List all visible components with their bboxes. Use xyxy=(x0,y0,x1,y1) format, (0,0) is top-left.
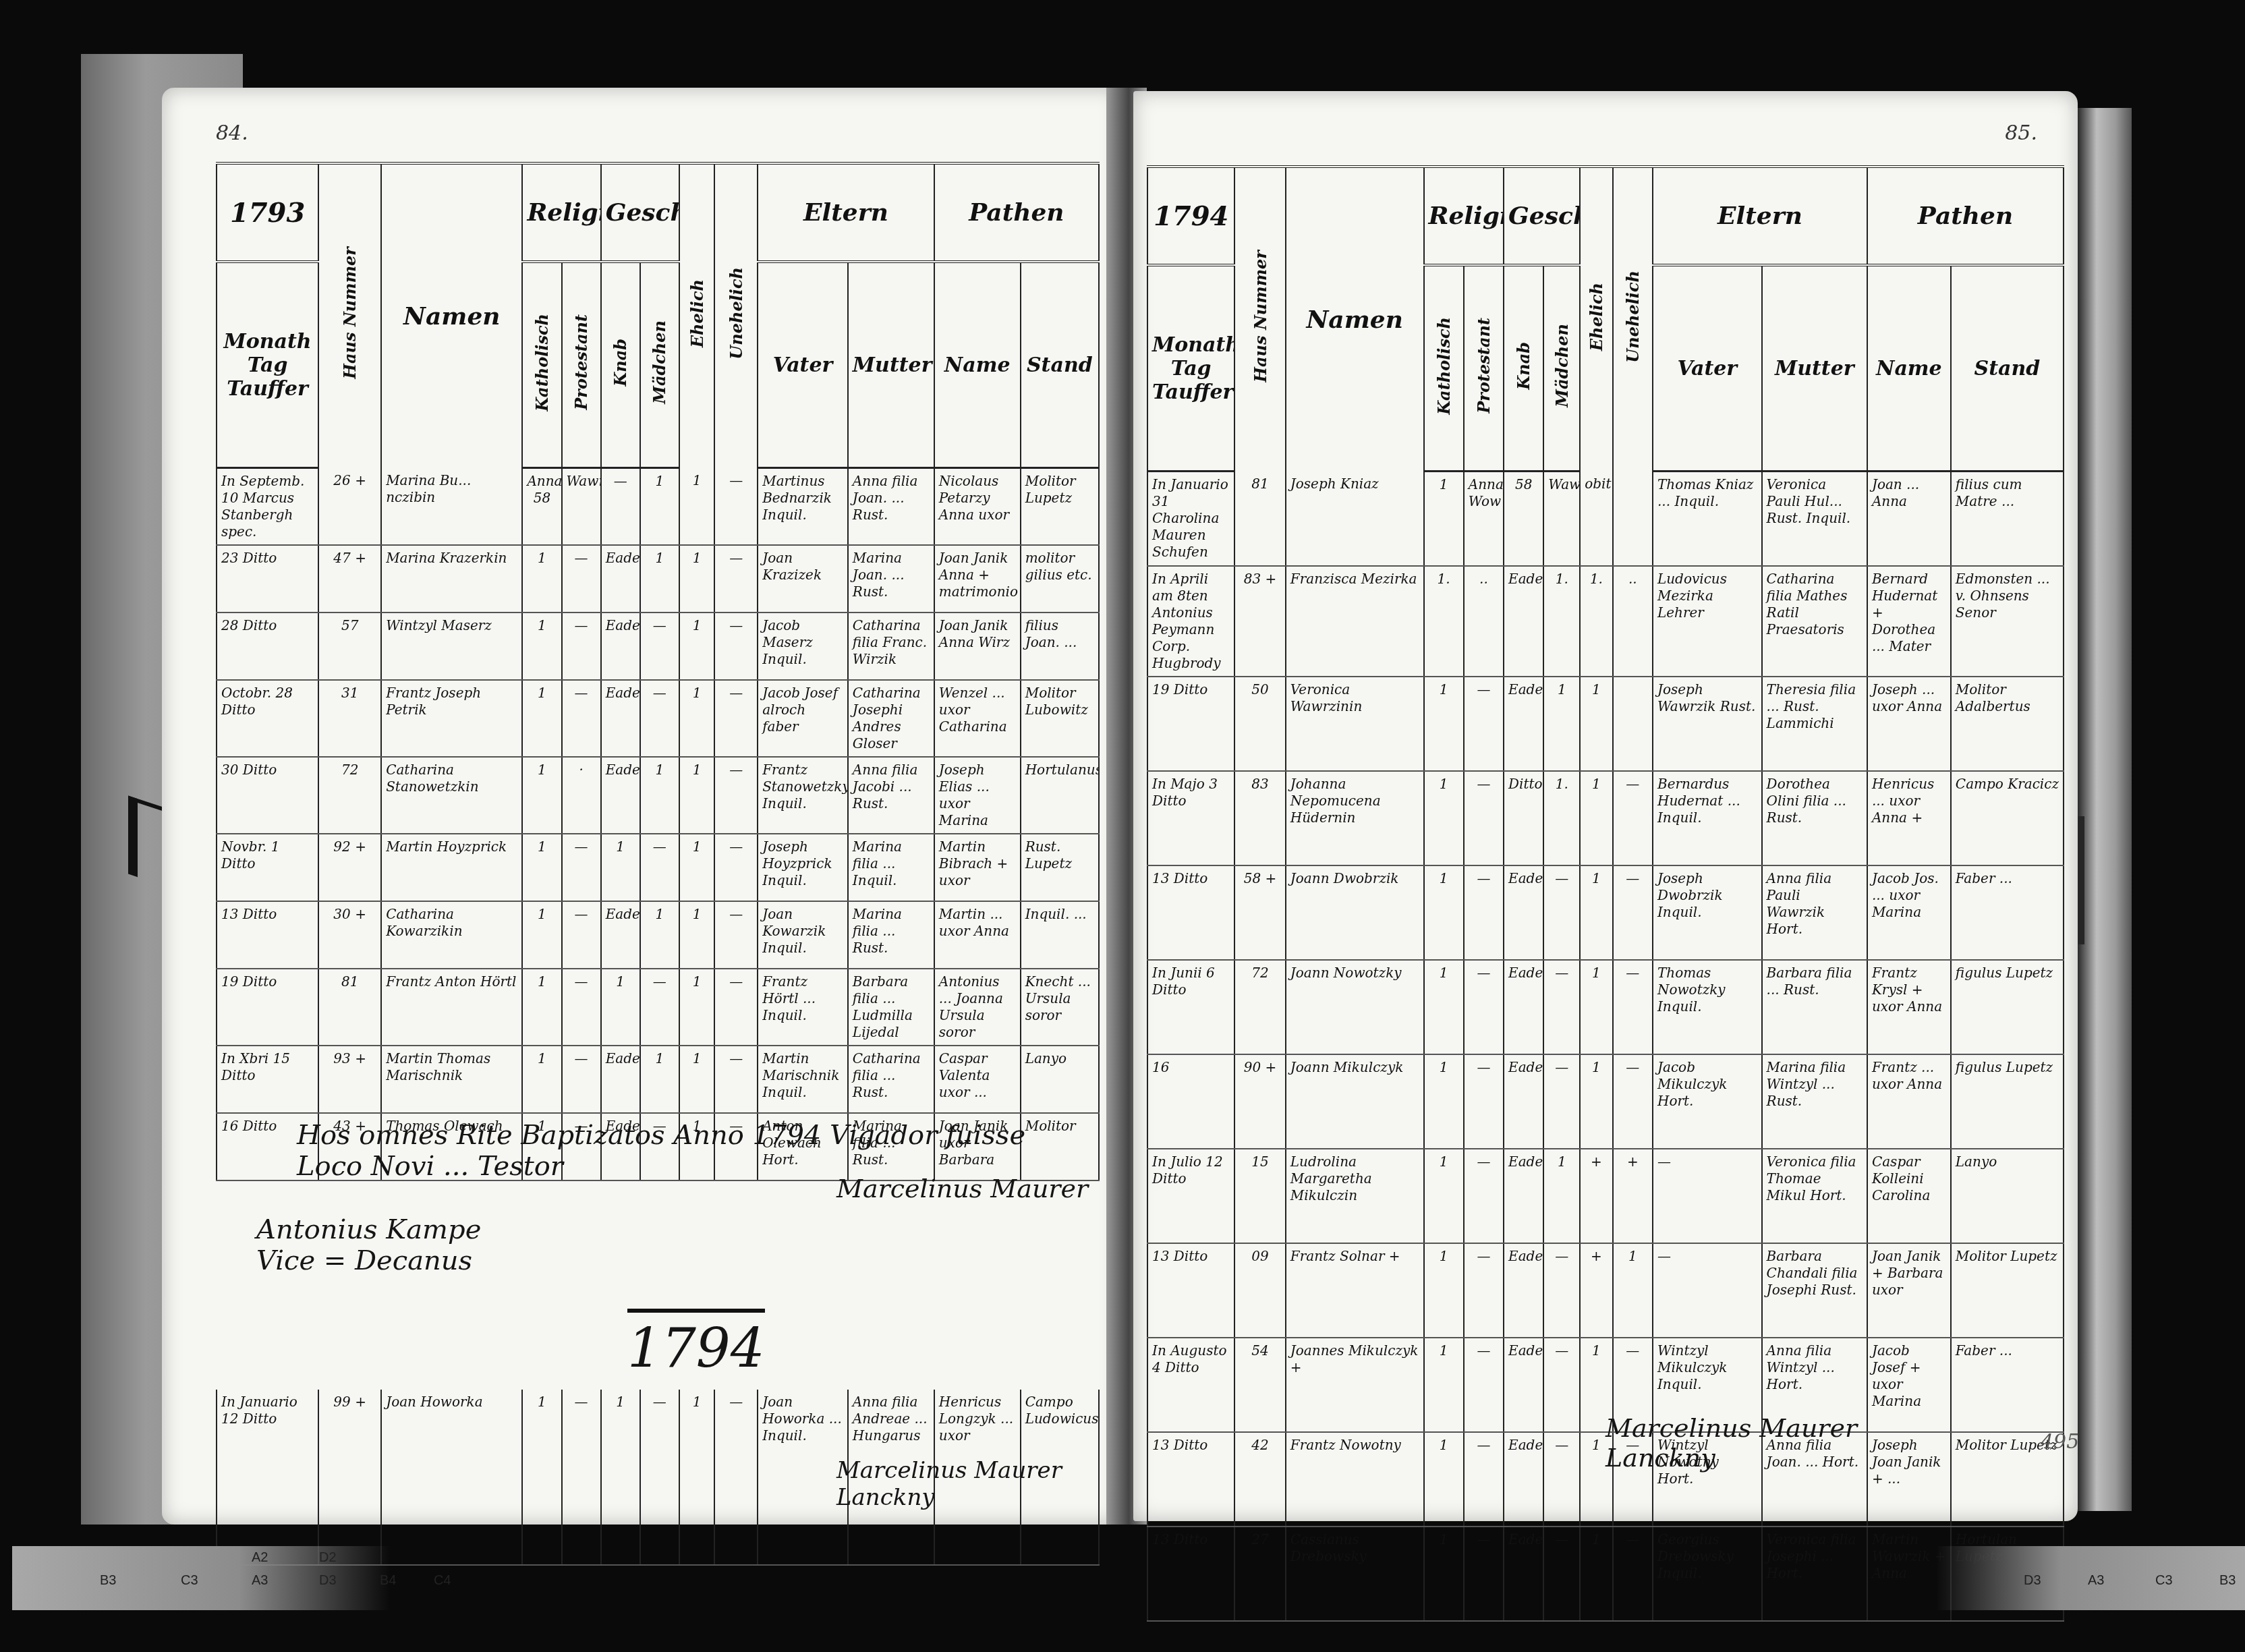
sex-boy: Eadem xyxy=(1504,677,1543,771)
sex-girl: 1 xyxy=(640,468,679,546)
religion-catholic: 1 xyxy=(522,680,561,757)
mother-name: Catharina filia Franc. Wirzik xyxy=(848,613,934,680)
illegitimate-mark: 1 xyxy=(1613,1243,1653,1338)
godparent-status: Molitor Lupetz xyxy=(1021,468,1099,546)
child-name: Cassianus Drebowsky xyxy=(1286,1527,1424,1621)
header-boy: Knab xyxy=(601,262,640,468)
header-parents: Eltern xyxy=(1653,167,1867,265)
illegitimate-mark: — xyxy=(714,545,758,613)
mother-name: Marina filia ... Rust. xyxy=(848,901,934,969)
date-cell: 19 Ditto xyxy=(1147,677,1234,771)
religion-protestant: — xyxy=(1464,1432,1504,1527)
header-month-day: Monath Tag Tauffer xyxy=(1147,265,1234,472)
godparent-name: Antonius ... Joanna Ursula soror xyxy=(934,969,1021,1046)
header-godparents: Pathen xyxy=(934,163,1099,262)
sex-girl: — xyxy=(1543,1338,1580,1432)
header-religion: Religion xyxy=(522,163,600,262)
register-entry-row: In Januario 31 Charolina Mauren Schufen8… xyxy=(1147,472,2064,566)
house-number: 26 + xyxy=(318,468,381,546)
religion-catholic: 1 xyxy=(1424,677,1464,771)
year-heading-1794: 1794 xyxy=(627,1309,765,1379)
header-godparent-status: Stand xyxy=(1021,262,1099,468)
header-parents: Eltern xyxy=(758,163,934,262)
child-name: Johanna Nepomucena Hüdernin xyxy=(1286,771,1424,865)
sex-girl: — xyxy=(640,680,679,757)
illegitimate-mark: — xyxy=(714,757,758,834)
sex-boy: Eadem xyxy=(1504,1432,1543,1527)
date-cell: In Julio 12 Ditto xyxy=(1147,1149,1234,1243)
child-name: Martin Hoyzprick xyxy=(381,834,522,901)
legitimate-mark: 1 xyxy=(679,834,714,901)
house-number: 31 xyxy=(318,680,381,757)
legitimate-mark: 1. xyxy=(1580,566,1612,677)
header-mother: Mutter xyxy=(1762,265,1867,472)
house-number: 58 + xyxy=(1234,865,1285,960)
house-number: 90 + xyxy=(1234,1054,1285,1149)
header-illegitimate: Unehelich xyxy=(714,163,758,468)
register-entry-row: Novbr. 1 Ditto92 +Martin Hoyzprick1—1—1—… xyxy=(217,834,1099,901)
child-name: Ludrolina Margaretha Mikulczin xyxy=(1286,1149,1424,1243)
sex-girl: Wawrzinec xyxy=(1543,472,1580,566)
sex-girl: 1. xyxy=(1543,771,1580,865)
house-number: 83 + xyxy=(1234,566,1285,677)
father-name: Thomas Nowotzky Inquil. xyxy=(1653,960,1762,1054)
header-godparents: Pathen xyxy=(1867,167,2064,265)
sex-boy: Eadem xyxy=(601,545,640,613)
sex-girl: — xyxy=(640,1390,679,1565)
mother-name: Marina filia ... Inquil. xyxy=(848,834,934,901)
sex-boy: 1 xyxy=(601,834,640,901)
godparent-status: Lanyo xyxy=(1021,1046,1099,1113)
house-number: 72 xyxy=(318,757,381,834)
signature-priest: Marcelinus Maurer xyxy=(836,1174,1106,1203)
mother-name: Anna filia Jacobi ... Rust. xyxy=(848,757,934,834)
sex-boy: Eadem xyxy=(1504,1054,1543,1149)
religion-protestant: Anna Wow xyxy=(1464,472,1504,566)
godparent-name: Jacob Jos. ... uxor Marina xyxy=(1867,865,1951,960)
religion-protestant: — xyxy=(562,969,601,1046)
mother-name: Anna filia Pauli Wawrzik Hort. xyxy=(1762,865,1867,960)
header-house-no: Haus Nummer xyxy=(318,163,381,468)
father-name: Jacob Mikulczyk Hort. xyxy=(1653,1054,1762,1149)
religion-protestant: Wawrzinec xyxy=(562,468,601,546)
house-number: 92 + xyxy=(318,834,381,901)
header-sex: Geschlecht xyxy=(1504,167,1580,265)
sex-girl: 1 xyxy=(640,1046,679,1113)
child-name: Marina Krazerkin xyxy=(381,545,522,613)
house-number: 15 xyxy=(1234,1149,1285,1243)
register-entry-row: 13 Ditto27Cassianus Drebowsky1—Eadem—1—G… xyxy=(1147,1527,2064,1621)
legitimate-mark: 1 xyxy=(679,969,714,1046)
mother-name: Veronica filia Josephi ... Hort. xyxy=(1762,1527,1867,1621)
header-father: Vater xyxy=(1653,265,1762,472)
date-cell: In Aprili am 8ten Antonius Peymann Corp.… xyxy=(1147,566,1234,677)
religion-catholic: 1 xyxy=(522,545,561,613)
header-boy: Knab xyxy=(1504,265,1543,472)
religion-catholic: 1 xyxy=(522,1046,561,1113)
register-entry-row: In Septemb. 10 Marcus Stanbergh spec.26 … xyxy=(217,468,1099,546)
header-religion: Religion xyxy=(1424,167,1504,265)
father-name: Martin Marischnik Inquil. xyxy=(758,1046,848,1113)
mother-name: Marina Joan. ... Rust. xyxy=(848,545,934,613)
illegitimate-mark: — xyxy=(714,1046,758,1113)
house-number: 81 xyxy=(1234,472,1285,566)
godparent-name: Caspar Kolleini Carolina xyxy=(1867,1149,1951,1243)
date-cell: In Januario 31 Charolina Mauren Schufen xyxy=(1147,472,1234,566)
religion-catholic: 1 xyxy=(1424,1432,1464,1527)
sex-girl: — xyxy=(640,969,679,1046)
religion-catholic: Anna 58 xyxy=(522,468,561,546)
register-entry-row: 13 Ditto09Frantz Solnar +1—Eadem—+1—Barb… xyxy=(1147,1243,2064,1338)
illegitimate-mark: — xyxy=(1613,1527,1653,1621)
religion-protestant: — xyxy=(1464,865,1504,960)
header-catholic: Katholisch xyxy=(522,262,561,468)
religion-protestant: — xyxy=(1464,677,1504,771)
date-cell: 28 Ditto xyxy=(217,613,318,680)
sex-boy: 58 xyxy=(1504,472,1543,566)
illegitimate-mark: + xyxy=(1613,1149,1653,1243)
date-cell: In Januario 12 Ditto xyxy=(217,1390,318,1565)
sex-girl: 1 xyxy=(640,757,679,834)
father-name: Joan Krazizek xyxy=(758,545,848,613)
house-number: 93 + xyxy=(318,1046,381,1113)
book-cover-right xyxy=(2078,108,2132,1511)
religion-protestant: — xyxy=(562,834,601,901)
child-name: Joann Dwobrzik xyxy=(1286,865,1424,960)
father-name: Joan Howorka ... Inquil. xyxy=(758,1390,848,1565)
register-entry-row: In Majo 3 Ditto83Johanna Nepomucena Hüde… xyxy=(1147,771,2064,865)
religion-catholic: 1 xyxy=(1424,1338,1464,1432)
house-number: 47 + xyxy=(318,545,381,613)
header-name: Namen xyxy=(381,163,522,468)
child-name: Joseph Kniaz xyxy=(1286,472,1424,566)
father-name: Jacob Josef alroch faber xyxy=(758,680,848,757)
legitimate-mark: 1 xyxy=(679,1390,714,1565)
sex-boy: 1 xyxy=(601,1390,640,1565)
register-entry-row: 19 Ditto50Veronica Wawrzinin1—Eadem11Jos… xyxy=(1147,677,2064,771)
legitimate-mark: 1 xyxy=(679,468,714,546)
sex-boy: Eadem xyxy=(601,613,640,680)
header-month-day: Monath Tag Tauffer xyxy=(217,262,318,468)
father-name: Joseph Hoyzprick Inquil. xyxy=(758,834,848,901)
religion-protestant: — xyxy=(562,1046,601,1113)
register-entry-row: In Xbri 15 Ditto93 +Martin Thomas Marisc… xyxy=(217,1046,1099,1113)
date-cell: In Majo 3 Ditto xyxy=(1147,771,1234,865)
child-name: Frantz Solnar + xyxy=(1286,1243,1424,1338)
legitimate-mark: 1 xyxy=(679,545,714,613)
sex-girl: 1 xyxy=(1543,1149,1580,1243)
godparent-status: figulus Lupetz xyxy=(1951,960,2064,1054)
signature-priest: Marcelinus Maurer Lanckny xyxy=(1605,1413,1889,1473)
legitimate-mark: 1 xyxy=(1580,771,1612,865)
father-name: Joan Kowarzik Inquil. xyxy=(758,901,848,969)
mother-name: Dorothea Olini filia ... Rust. xyxy=(1762,771,1867,865)
godparent-status: Edmonsten ... v. Ohnsens Senor xyxy=(1951,566,2064,677)
legitimate-mark: 1 xyxy=(679,613,714,680)
date-cell: 23 Ditto xyxy=(217,545,318,613)
year-cell: 1794 xyxy=(1147,167,1234,265)
mother-name: Theresia filia ... Rust. Lammichi xyxy=(1762,677,1867,771)
child-name: Joann Mikulczyk xyxy=(1286,1054,1424,1149)
header-godparent-status: Stand xyxy=(1951,265,2064,472)
religion-catholic: 1 xyxy=(522,901,561,969)
sex-boy: Eadem xyxy=(1504,865,1543,960)
register-entry-row: 1690 +Joann Mikulczyk1—Eadem—1—Jacob Mik… xyxy=(1147,1054,2064,1149)
father-name: — xyxy=(1653,1149,1762,1243)
legitimate-mark: 1 xyxy=(679,680,714,757)
godparent-status: filius Joan. ... xyxy=(1021,613,1099,680)
child-name: Veronica Wawrzinin xyxy=(1286,677,1424,771)
religion-catholic: 1 xyxy=(1424,1149,1464,1243)
religion-catholic: 1 xyxy=(522,613,561,680)
header-illegitimate: Unehelich xyxy=(1613,167,1653,472)
father-name: Frantz Stanowetzky Inquil. xyxy=(758,757,848,834)
house-number: 54 xyxy=(1234,1338,1285,1432)
father-name: Joseph Dwobrzik Inquil. xyxy=(1653,865,1762,960)
house-number: 99 + xyxy=(318,1390,381,1565)
legitimate-mark: 1 xyxy=(1580,1054,1612,1149)
header-sex: Geschlecht xyxy=(601,163,679,262)
legitimate-mark: + xyxy=(1580,1243,1612,1338)
header-name: Namen xyxy=(1286,167,1424,472)
religion-protestant: .. xyxy=(1464,566,1504,677)
register-entry-row: 13 Ditto30 +Catharina Kowarzikin1—Eadem1… xyxy=(217,901,1099,969)
sex-girl: — xyxy=(1543,1432,1580,1527)
sex-boy: Eadem xyxy=(601,680,640,757)
child-name: Franzisca Mezirka xyxy=(1286,566,1424,677)
legitimate-mark: 1 xyxy=(679,1046,714,1113)
house-number: 30 + xyxy=(318,901,381,969)
religion-protestant: — xyxy=(562,1390,601,1565)
godparent-name: Joan Janik Anna + matrimonio xyxy=(934,545,1021,613)
sex-boy: Eadem xyxy=(1504,1527,1543,1621)
left-page: 84. 1793 Haus Nummer Namen Religion Gesc… xyxy=(162,88,1120,1525)
sex-boy: Eadem xyxy=(601,901,640,969)
child-name: Joann Nowotzky xyxy=(1286,960,1424,1054)
sex-boy: Ditto xyxy=(1504,771,1543,865)
legitimate-mark: 1 xyxy=(1580,677,1612,771)
sex-boy: Eadem xyxy=(601,757,640,834)
sex-girl: — xyxy=(1543,1527,1580,1621)
illegitimate-mark: — xyxy=(1613,1054,1653,1149)
year-cell: 1793 xyxy=(217,163,318,262)
sex-girl: — xyxy=(640,613,679,680)
house-number: 50 xyxy=(1234,677,1285,771)
sex-boy: 1 xyxy=(601,969,640,1046)
archive-stamp: 495 xyxy=(2041,1430,2079,1454)
signature-priest-2: Marcelinus Maurer Lanckny xyxy=(836,1457,1079,1511)
header-legitimate: Ehelich xyxy=(679,163,714,468)
godparent-name: Joan Janik Anna Wirz xyxy=(934,613,1021,680)
sex-boy: Eadem xyxy=(1504,1338,1543,1432)
register-table-right: 1794 Haus Nummer Namen Religion Geschlec… xyxy=(1147,165,2064,1622)
date-cell: 13 Ditto xyxy=(1147,865,1234,960)
mother-name: Barbara Chandali filia Josephi Rust. xyxy=(1762,1243,1867,1338)
father-name: Frantz Hörtl ... Inquil. xyxy=(758,969,848,1046)
legitimate-mark: 1 xyxy=(1580,865,1612,960)
legitimate-mark: 1 xyxy=(1580,1527,1612,1621)
legitimate-mark: obit xyxy=(1580,472,1612,566)
godparent-status: filius cum Matre ... xyxy=(1951,472,2064,566)
godparent-name: Martin Bibrach + uxor xyxy=(934,834,1021,901)
header-mother: Mutter xyxy=(848,262,934,468)
religion-catholic: 1 xyxy=(1424,472,1464,566)
house-number: 27 xyxy=(1234,1527,1285,1621)
sex-girl: 1. xyxy=(1543,566,1580,677)
register-entry-row: In Junii 6 Ditto72Joann Nowotzky1—Eadem—… xyxy=(1147,960,2064,1054)
godparent-status: figulus Lupetz xyxy=(1951,1054,2064,1149)
child-name: Marina Bu... nczibin xyxy=(381,468,522,546)
religion-protestant: — xyxy=(1464,1054,1504,1149)
godparent-name: Joseph Elias ... uxor Marina xyxy=(934,757,1021,834)
date-cell: 30 Ditto xyxy=(217,757,318,834)
legitimate-mark: 1 xyxy=(679,757,714,834)
mother-name: Catharina filia Mathes Ratil Praesatoris xyxy=(1762,566,1867,677)
religion-protestant: — xyxy=(562,901,601,969)
date-cell: Octobr. 28 Ditto xyxy=(217,680,318,757)
sex-boy: — xyxy=(601,468,640,546)
godparent-status: Rust. Lupetz xyxy=(1021,834,1099,901)
mother-name: Catharina Josephi Andres Gloser xyxy=(848,680,934,757)
header-godparent-name: Name xyxy=(1867,265,1951,472)
mother-name: Veronica filia Thomae Mikul Hort. xyxy=(1762,1149,1867,1243)
godparent-name: Nicolaus Petarzy Anna uxor xyxy=(934,468,1021,546)
house-number: 09 xyxy=(1234,1243,1285,1338)
register-entry-row: 23 Ditto47 +Marina Krazerkin1—Eadem11—Jo… xyxy=(217,545,1099,613)
header-godparent-name: Name xyxy=(934,262,1021,468)
godparent-status: Molitor Adalbertus xyxy=(1951,677,2064,771)
signature-vice-decanus: Antonius Kampe Vice = Decanus xyxy=(256,1214,526,1276)
godparent-status: Faber ... xyxy=(1951,865,2064,960)
sex-girl: — xyxy=(1543,1243,1580,1338)
godparent-status: Inquil. ... xyxy=(1021,901,1099,969)
religion-protestant: — xyxy=(562,680,601,757)
scan-target-left: A2 D2 B3 C3 A3 D3 B4 C4 xyxy=(12,1546,390,1610)
illegitimate-mark: — xyxy=(1613,771,1653,865)
religion-catholic: 1 xyxy=(1424,1054,1464,1149)
legitimate-mark: 1 xyxy=(679,901,714,969)
header-protestant: Protestant xyxy=(1464,265,1504,472)
religion-catholic: 1 xyxy=(1424,771,1464,865)
register-entry-row: Octobr. 28 Ditto31Frantz Joseph Petrik1—… xyxy=(217,680,1099,757)
house-number: 57 xyxy=(318,613,381,680)
godparent-status: Lanyo xyxy=(1951,1149,2064,1243)
father-name: Georgius Drebowsky Inquil. xyxy=(1653,1527,1762,1621)
date-cell: Novbr. 1 Ditto xyxy=(217,834,318,901)
religion-catholic: 1 xyxy=(1424,865,1464,960)
sex-girl: 1 xyxy=(640,545,679,613)
sex-boy: Eadem xyxy=(601,1046,640,1113)
header-father: Vater xyxy=(758,262,848,468)
godparent-name: Bernard Hudernat + Dorothea ... Mater xyxy=(1867,566,1951,677)
sex-girl: 1 xyxy=(640,901,679,969)
godparent-name: Caspar Valenta uxor ... xyxy=(934,1046,1021,1113)
sex-boy: Eadem xyxy=(1504,960,1543,1054)
header-protestant: Protestant xyxy=(562,262,601,468)
illegitimate-mark: — xyxy=(714,680,758,757)
mother-name: Marina filia Wintzyl ... Rust. xyxy=(1762,1054,1867,1149)
godparent-name: Joan Janik + Barbara uxor xyxy=(1867,1243,1951,1338)
religion-protestant: · xyxy=(562,757,601,834)
mother-name: Veronica Pauli Hul... Rust. Inquil. xyxy=(1762,472,1867,566)
father-name: Martinus Bednarzik Inquil. xyxy=(758,468,848,546)
house-number: 83 xyxy=(1234,771,1285,865)
child-name: Catharina Stanowetzkin xyxy=(381,757,522,834)
illegitimate-mark: — xyxy=(714,613,758,680)
register-entry-row: In Aprili am 8ten Antonius Peymann Corp.… xyxy=(1147,566,2064,677)
illegitimate-mark: — xyxy=(1613,960,1653,1054)
header-girl: Mädchen xyxy=(640,262,679,468)
child-name: Catharina Kowarzikin xyxy=(381,901,522,969)
register-entry-row: In Julio 12 Ditto15Ludrolina Margaretha … xyxy=(1147,1149,2064,1243)
legitimate-mark: 1 xyxy=(1580,960,1612,1054)
date-cell: 13 Ditto xyxy=(1147,1527,1234,1621)
child-name: Joan Howorka xyxy=(381,1390,522,1565)
closing-note: Hos omnes Rite Baptizatos Anno 1794 Viga… xyxy=(297,1120,1039,1182)
legitimate-mark: + xyxy=(1580,1149,1612,1243)
godparent-status: Molitor Lupetz xyxy=(1951,1243,2064,1338)
mother-name: Catharina filia ... Rust. xyxy=(848,1046,934,1113)
sex-girl: — xyxy=(640,834,679,901)
religion-catholic: 1 xyxy=(1424,960,1464,1054)
register-entry-row: 28 Ditto57Wintzyl Maserz1—Eadem—1—Jacob … xyxy=(217,613,1099,680)
header-legitimate: Ehelich xyxy=(1580,167,1612,472)
house-number: 42 xyxy=(1234,1432,1285,1527)
godparent-name: Joan ... Anna xyxy=(1867,472,1951,566)
godparent-status: Molitor Lubowitz xyxy=(1021,680,1099,757)
date-cell: In Septemb. 10 Marcus Stanbergh spec. xyxy=(217,468,318,546)
child-name: Frantz Joseph Petrik xyxy=(381,680,522,757)
illegitimate-mark: .. xyxy=(1613,566,1653,677)
date-cell: In Xbri 15 Ditto xyxy=(217,1046,318,1113)
religion-protestant: — xyxy=(562,545,601,613)
header-catholic: Katholisch xyxy=(1424,265,1464,472)
father-name: Joseph Wawrzik Rust. xyxy=(1653,677,1762,771)
date-cell: 13 Ditto xyxy=(1147,1243,1234,1338)
godparent-name: Henricus ... uxor Anna + xyxy=(1867,771,1951,865)
godparent-name: Martin ... uxor Anna xyxy=(934,901,1021,969)
date-cell: 13 Ditto xyxy=(1147,1432,1234,1527)
godparent-name: Joseph ... uxor Anna xyxy=(1867,677,1951,771)
religion-catholic: 1 xyxy=(522,969,561,1046)
religion-protestant: — xyxy=(1464,1338,1504,1432)
register-entry-row: 19 Ditto81Frantz Anton Hörtl1—1—1—Frantz… xyxy=(217,969,1099,1046)
godparent-name: Frantz ... uxor Anna xyxy=(1867,1054,1951,1149)
religion-protestant: — xyxy=(1464,1243,1504,1338)
register-entry-row: 30 Ditto72Catharina Stanowetzkin1·Eadem1… xyxy=(217,757,1099,834)
date-cell: 13 Ditto xyxy=(217,901,318,969)
sex-boy: Eadem xyxy=(1504,1149,1543,1243)
illegitimate-mark: — xyxy=(714,901,758,969)
illegitimate-mark: — xyxy=(714,969,758,1046)
godparent-status: Hortulanus xyxy=(1021,757,1099,834)
register-entry-row: 13 Ditto58 +Joann Dwobrzik1—Eadem—1—Jose… xyxy=(1147,865,2064,960)
child-name: Joannes Mikulczyk + xyxy=(1286,1338,1424,1432)
header-girl: Mädchen xyxy=(1543,265,1580,472)
sex-boy: Eadem xyxy=(1504,1243,1543,1338)
illegitimate-mark xyxy=(1613,472,1653,566)
illegitimate-mark: — xyxy=(1613,865,1653,960)
religion-protestant: — xyxy=(1464,1149,1504,1243)
house-number: 81 xyxy=(318,969,381,1046)
sex-girl: 1 xyxy=(1543,677,1580,771)
child-name: Martin Thomas Marischnik xyxy=(381,1046,522,1113)
child-name: Wintzyl Maserz xyxy=(381,613,522,680)
right-page: 85. 1794 Haus Nummer Namen Religion Gesc… xyxy=(1133,91,2078,1521)
religion-protestant: — xyxy=(1464,1527,1504,1621)
date-cell: 16 xyxy=(1147,1054,1234,1149)
mother-name: Barbara filia ... Rust. xyxy=(1762,960,1867,1054)
